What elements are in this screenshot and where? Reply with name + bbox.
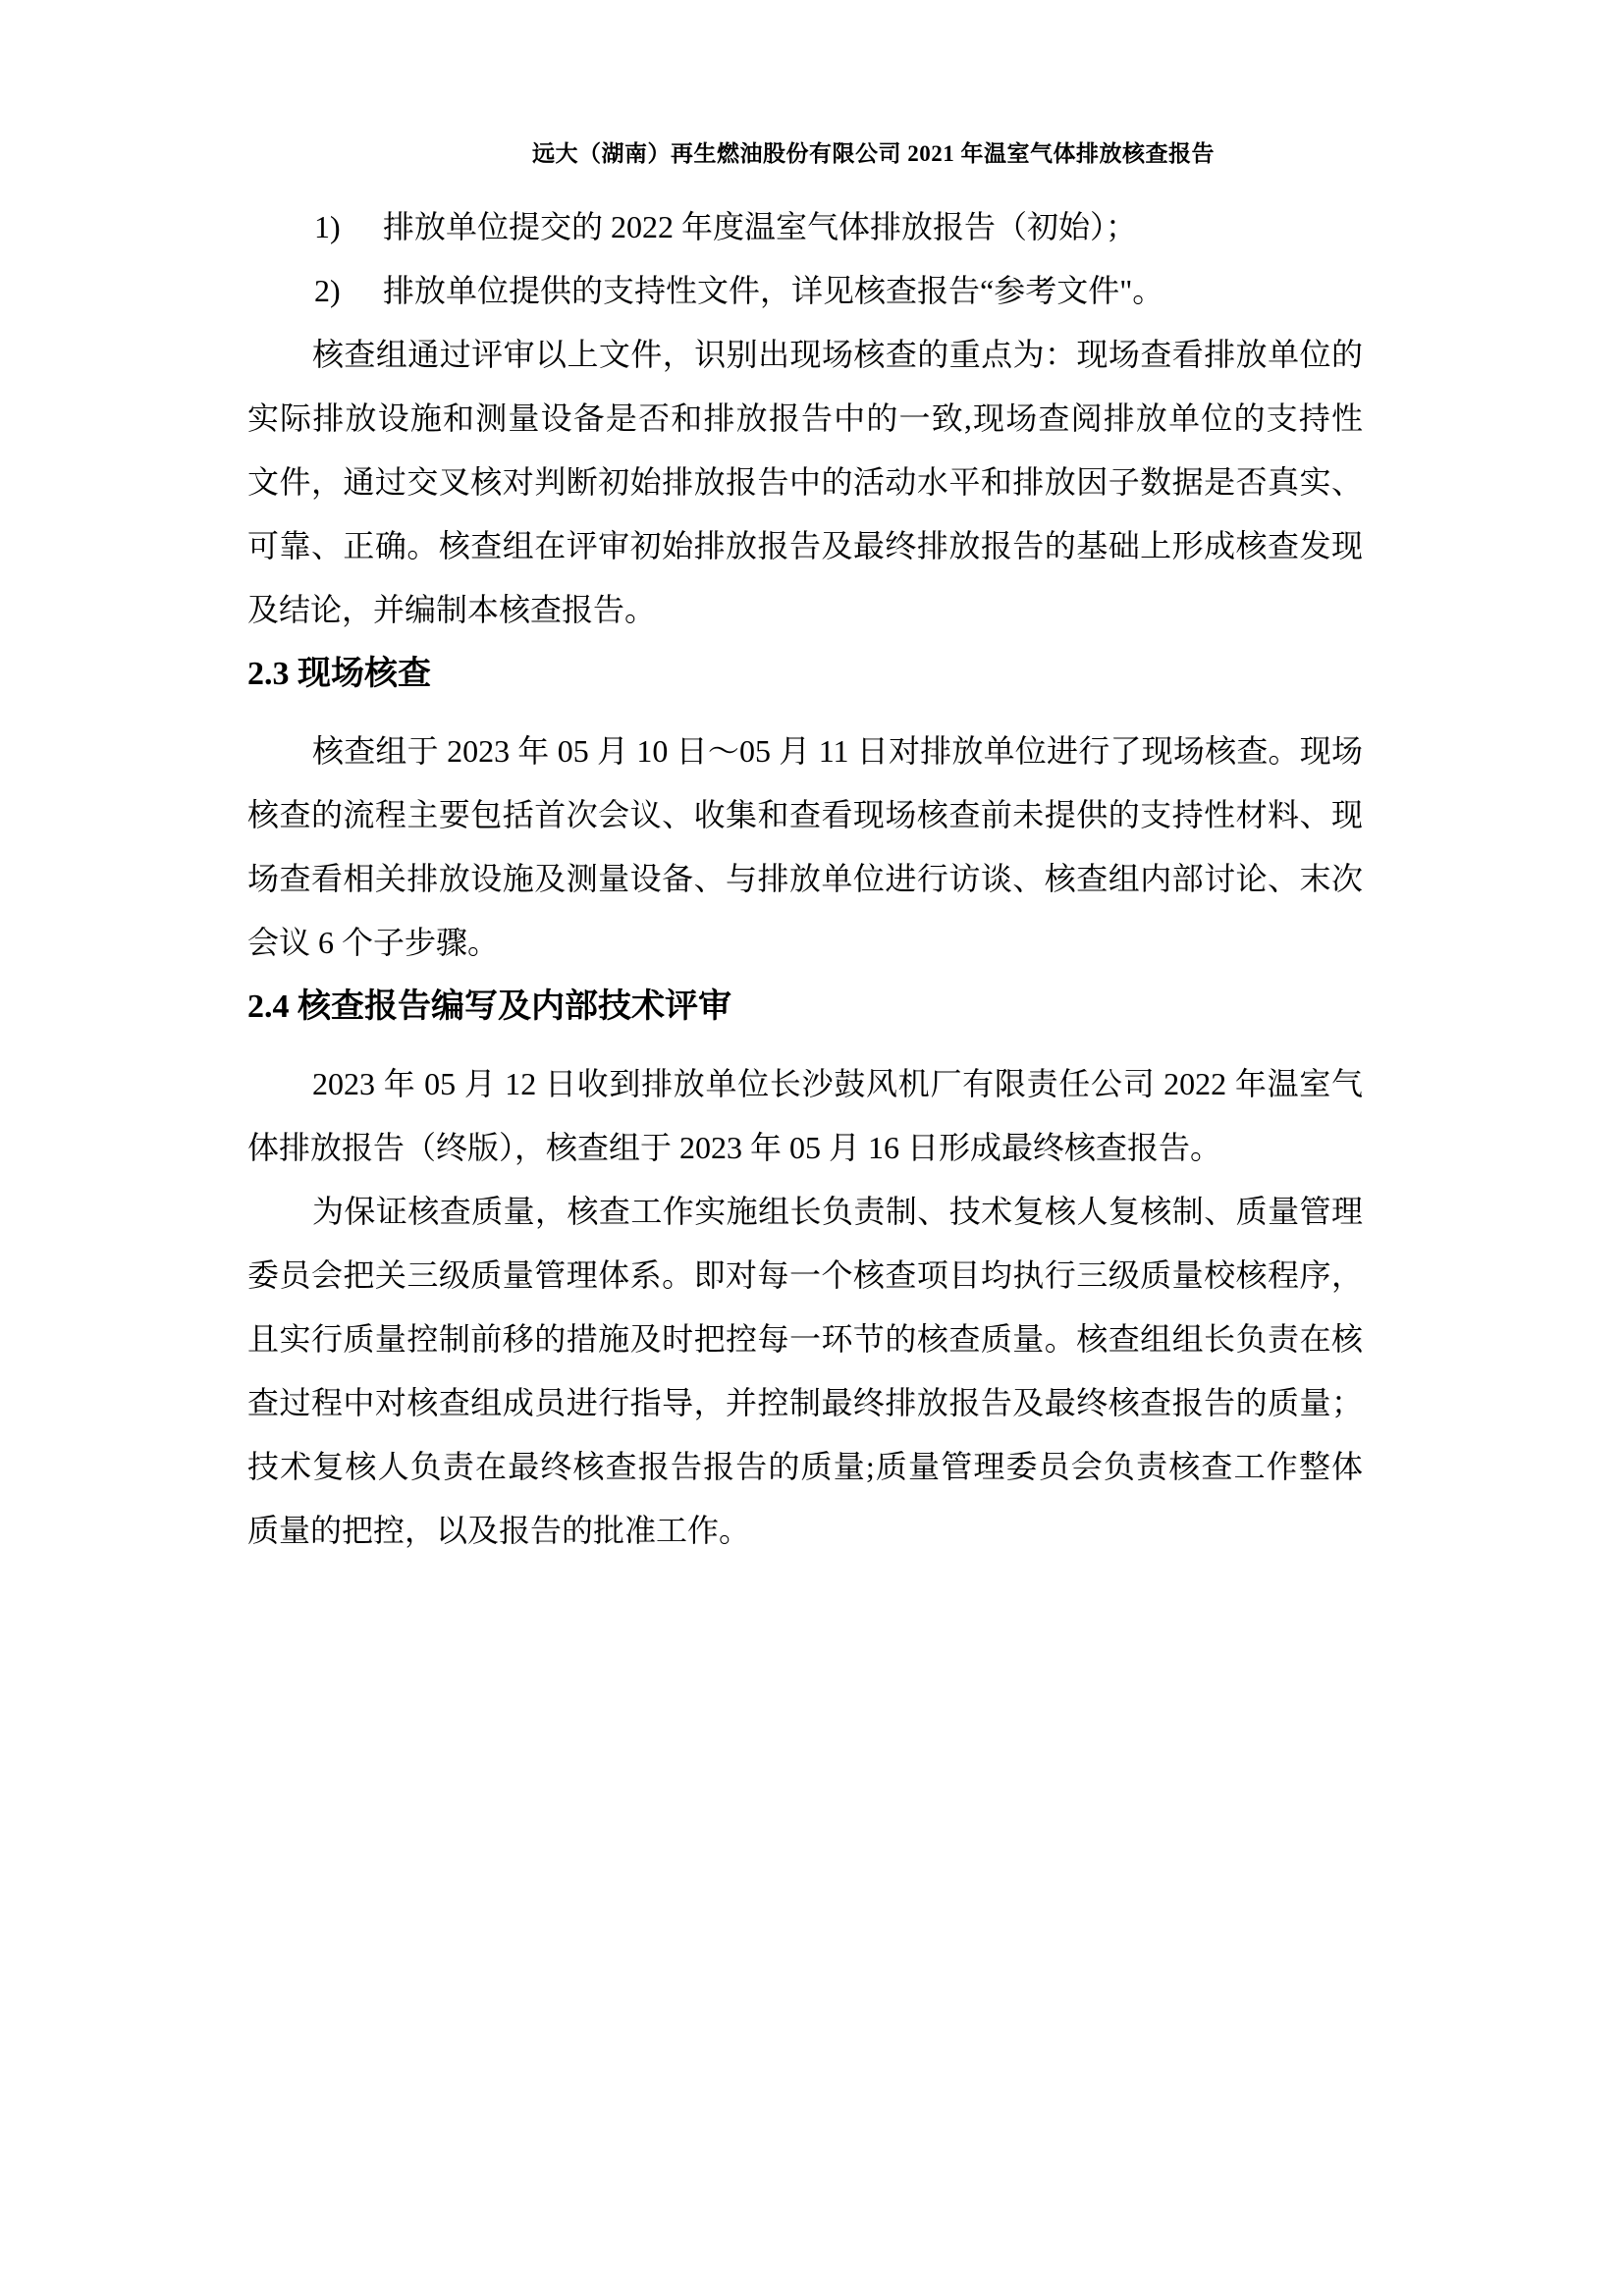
paragraph-line: 查过程中对核查组成员进行指导，并控制最终排放报告及最终核查报告的质量； [247,1371,1363,1435]
paragraph-line: 核查的流程主要包括首次会议、收集和查看现场核查前未提供的支持性材料、现 [247,783,1363,847]
paragraph-line: 核查组通过评审以上文件，识别出现场核查的重点为：现场查看排放单位的 [247,323,1363,387]
list-item-2: 2) 排放单位提供的支持性文件，详见核查报告“参考文件"。 [247,259,1363,323]
paragraph-line: 体排放报告（终版），核查组于 2023 年 05 月 16 日形成最终核查报告。 [247,1116,1363,1180]
list-item-1-marker: 1) [314,195,383,259]
document-body: 1) 排放单位提交的 2022 年度温室气体排放报告（初始）； 2) 排放单位提… [247,195,1363,1563]
paragraph-line: 核查组于 2023 年 05 月 10 日～05 月 11 日对排放单位进行了现… [247,720,1363,783]
list-item-1: 1) 排放单位提交的 2022 年度温室气体排放报告（初始）； [247,195,1363,259]
paragraph-line: 质量的把控，以及报告的批准工作。 [247,1499,1363,1563]
document-page: 远大（湖南）再生燃油股份有限公司 2021 年温室气体排放核查报告 1) 排放单… [0,0,1623,2296]
paragraph-line: 文件，通过交叉核对判断初始排放报告中的活动水平和排放因子数据是否真实、 [247,451,1363,514]
paragraph-line: 委员会把关三级质量管理体系。即对每一个核查项目均执行三级质量校核程序， [247,1244,1363,1308]
heading-2-4-report-writing-review: 2.4 核查报告编写及内部技术评审 [247,975,1363,1039]
list-item-2-marker: 2) [314,259,383,323]
paragraph-line: 场查看相关排放设施及测量设备、与排放单位进行访谈、核查组内部讨论、末次 [247,847,1363,911]
page-header: 远大（湖南）再生燃油股份有限公司 2021 年温室气体排放核查报告 [0,139,1623,169]
paragraph-document-review: 核查组通过评审以上文件，识别出现场核查的重点为：现场查看排放单位的 实际排放设施… [247,323,1363,642]
heading-2-3-site-verification: 2.3 现场核查 [247,642,1363,706]
paragraph-quality-management: 为保证核查质量，核查工作实施组长负责制、技术复核人复核制、质量管理 委员会把关三… [247,1180,1363,1563]
paragraph-line: 技术复核人负责在最终核查报告报告的质量;质量管理委员会负责核查工作整体 [247,1435,1363,1499]
paragraph-line: 会议 6 个子步骤。 [247,911,1363,975]
paragraph-line: 为保证核查质量，核查工作实施组长负责制、技术复核人复核制、质量管理 [247,1180,1363,1244]
paragraph-line: 可靠、正确。核查组在评审初始排放报告及最终排放报告的基础上形成核查发现 [247,514,1363,578]
paragraph-final-report: 2023 年 05 月 12 日收到排放单位长沙鼓风机厂有限责任公司 2022 … [247,1052,1363,1180]
paragraph-line: 且实行质量控制前移的措施及时把控每一环节的核查质量。核查组组长负责在核 [247,1308,1363,1371]
paragraph-site-visit: 核查组于 2023 年 05 月 10 日～05 月 11 日对排放单位进行了现… [247,720,1363,975]
paragraph-line: 实际排放设施和测量设备是否和排放报告中的一致,现场查阅排放单位的支持性 [247,387,1363,451]
list-item-1-text: 排放单位提交的 2022 年度温室气体排放报告（初始）； [383,195,1137,259]
paragraph-line: 2023 年 05 月 12 日收到排放单位长沙鼓风机厂有限责任公司 2022 … [247,1052,1363,1116]
list-item-2-text: 排放单位提供的支持性文件，详见核查报告“参考文件"。 [383,259,1163,323]
paragraph-line: 及结论，并编制本核查报告。 [247,578,1363,642]
